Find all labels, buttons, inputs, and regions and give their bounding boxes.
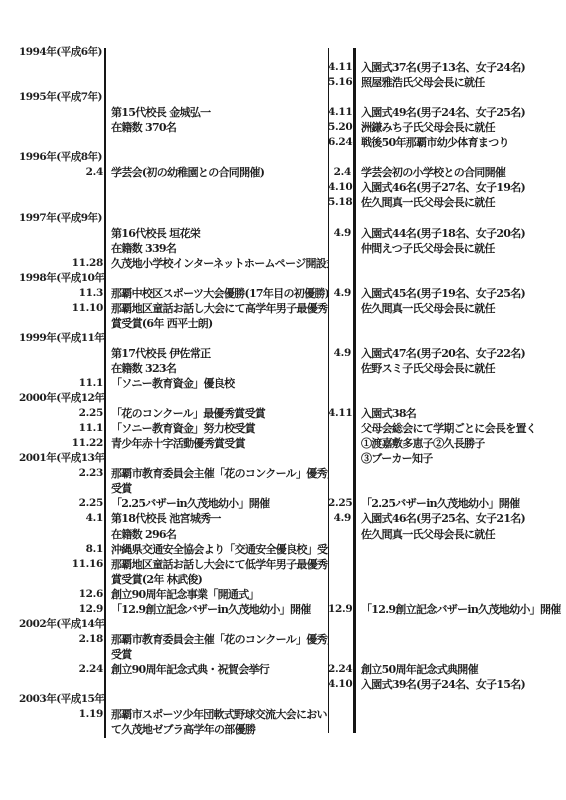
timeline-row: 2.25 「2.25バザーin久茂地幼小」開催 2.25 「2.25バザーin久… <box>0 496 566 511</box>
year-and-date-cell: 11.16 <box>0 557 105 572</box>
timeline-row: 4.10 入園式46名(男子27名、女子19名) <box>0 180 566 195</box>
right-event-cell <box>353 617 566 632</box>
right-event-cell <box>353 557 566 572</box>
right-date: 4.11 <box>328 61 352 73</box>
left-event-text: 那覇地区童話お話し大会にて低学年男子最優秀 <box>111 558 327 571</box>
right-event-text: 学芸会初の小学校との合同開催 <box>361 166 505 179</box>
timeline-row: 在籍数 339名 仲間えつ子氏父母会長に就任 <box>0 241 566 256</box>
left-event-cell: 第16代校長 垣花栄 <box>105 226 328 241</box>
year-and-date-cell <box>0 722 105 737</box>
timeline-row: 5.18 佐久間真一氏父母会長に就任 <box>0 195 566 210</box>
timeline-row: 4.11 入園式37名(男子13名、女子24名) <box>0 60 566 75</box>
right-event-cell <box>353 316 566 331</box>
right-event-cell: 入園式46名(男子27名、女子19名) <box>353 180 566 195</box>
left-event-cell: 受賞 <box>105 647 328 662</box>
left-event-cell <box>105 45 328 60</box>
year-and-date-cell: 11.10 <box>0 301 105 316</box>
left-event-cell: 創立90周年記念式典・祝賀会挙行 <box>105 662 328 677</box>
left-event-cell <box>105 90 328 105</box>
left-event-text: 受賞 <box>111 648 132 661</box>
right-event-text: 創立50周年記念式典開催 <box>361 663 478 676</box>
timeline-row: 12.6 創立90周年記念事業「開通式」 <box>0 587 566 602</box>
left-event-cell <box>105 692 328 707</box>
year-and-date-cell: 12.6 <box>0 587 105 602</box>
right-date: 12.9 <box>328 603 352 615</box>
left-event-cell <box>105 135 328 150</box>
year-and-date-cell <box>0 527 105 542</box>
timeline-row: 2000年(平成12年) <box>0 391 566 406</box>
left-event-text: 「2.25バザーin久茂地幼小」開催 <box>111 497 269 510</box>
timeline-row: 2003年(平成15年) <box>0 692 566 707</box>
right-column-divider-line <box>353 48 356 733</box>
left-event-text: 在籍数 323名 <box>111 362 176 375</box>
right-event-text: 入園式37名(男子13名、女子24名) <box>361 61 525 74</box>
right-event-cell: 佐久間真一氏父母会長に就任 <box>353 301 566 316</box>
year-and-date-cell: 2.23 <box>0 466 105 481</box>
left-event-text: て久茂地ゼブラ高学年の部優勝 <box>111 723 255 736</box>
left-column-divider-line <box>104 48 106 738</box>
right-event-cell <box>353 376 566 391</box>
right-event-cell <box>353 256 566 271</box>
right-event-cell: 照屋雅浩氏父母会長に就任 <box>353 75 566 90</box>
right-column-border-line <box>328 48 329 733</box>
year-and-date-cell: 1999年(平成11年) <box>0 331 105 346</box>
right-date: 4.9 <box>334 512 351 524</box>
right-event-cell: 仲間えつ子氏父母会長に就任 <box>353 241 566 256</box>
year-and-date-cell: 1998年(平成10年) <box>0 271 105 286</box>
timeline-row: 8.1 沖縄県交通安全協会より「交通安全優良校」受賞 <box>0 542 566 557</box>
right-date-cell <box>328 692 353 707</box>
left-event-cell: 「ソニー教育資金」優良校 <box>105 376 328 391</box>
year-label: 1997年(平成9年) <box>19 211 102 226</box>
left-date: 11.1 <box>79 376 103 391</box>
right-date-cell <box>328 481 353 496</box>
year-and-date-cell: 1997年(平成9年) <box>0 211 105 226</box>
left-event-cell: 第17代校長 伊佐常正 <box>105 346 328 361</box>
right-event-cell: 入園式46名(男子25名、女子21名) <box>353 511 566 526</box>
left-event-text: 那覇市教育委員会主催「花のコンクール」優秀賞 <box>111 633 328 646</box>
right-date-cell <box>328 722 353 737</box>
timeline-row: 5.16 照屋雅浩氏父母会長に就任 <box>0 75 566 90</box>
right-date-cell <box>328 572 353 587</box>
right-date: 5.20 <box>328 121 352 133</box>
left-event-text: 沖縄県交通安全協会より「交通安全優良校」受賞 <box>111 543 328 556</box>
left-event-text: 賞受賞(6年 西平士朗) <box>111 317 213 330</box>
left-event-text: 在籍数 296名 <box>111 528 176 541</box>
year-and-date-cell: 12.9 <box>0 602 105 617</box>
left-event-text: 第16代校長 垣花栄 <box>111 227 200 240</box>
right-date-cell: 5.18 <box>328 195 353 210</box>
right-date: 4.11 <box>328 407 352 419</box>
right-event-cell: 入園式44名(男子18名、女子20名) <box>353 226 566 241</box>
right-date: 2.24 <box>328 663 352 675</box>
right-date-cell: 4.11 <box>328 60 353 75</box>
year-label: 1994年(平成6年) <box>19 45 102 60</box>
left-event-cell <box>105 195 328 210</box>
year-and-date-cell: 4.1 <box>0 511 105 526</box>
timeline-row: 賞受賞(6年 西平士朗) <box>0 316 566 331</box>
right-date-cell <box>328 301 353 316</box>
left-event-text: 青少年赤十字活動優秀賞受賞 <box>111 437 245 450</box>
left-date: 11.3 <box>79 286 103 301</box>
right-event-cell: ③ブーカー知子 <box>353 451 566 466</box>
timeline-row: 1996年(平成8年) <box>0 150 566 165</box>
left-date: 11.28 <box>72 256 103 271</box>
right-event-cell: 洲鎌みち子氏父母会長に就任 <box>353 120 566 135</box>
timeline-row: 2.18 那覇市教育委員会主催「花のコンクール」優秀賞 <box>0 632 566 647</box>
left-event-cell: 創立90周年記念事業「開通式」 <box>105 587 328 602</box>
left-event-cell <box>105 331 328 346</box>
right-date-cell <box>328 45 353 60</box>
year-and-date-cell <box>0 647 105 662</box>
right-event-text: 佐久間真一氏父母会長に就任 <box>361 196 495 209</box>
right-date-cell: 4.9 <box>328 346 353 361</box>
left-event-text: 那覇中校区スポーツ大会優勝(17年目の初優勝) <box>111 287 328 300</box>
right-event-cell <box>353 271 566 286</box>
timeline-row: 受賞 <box>0 481 566 496</box>
right-event-cell: 「2.25バザーin久茂地幼小」開催 <box>353 496 566 511</box>
timeline-row: 在籍数 370名 5.20 洲鎌みち子氏父母会長に就任 <box>0 120 566 135</box>
left-event-cell: 在籍数 370名 <box>105 120 328 135</box>
right-event-text: 入園式44名(男子18名、女子20名) <box>361 227 525 240</box>
timeline-row: 1994年(平成6年) <box>0 45 566 60</box>
right-event-text: 父母会総会にて学期ごとに会長を置く <box>361 422 536 435</box>
right-date-cell: 4.11 <box>328 105 353 120</box>
year-and-date-cell: 11.3 <box>0 286 105 301</box>
left-event-cell <box>105 180 328 195</box>
left-event-cell: 沖縄県交通安全協会より「交通安全優良校」受賞 <box>105 542 328 557</box>
left-date: 8.1 <box>86 542 103 557</box>
timeline-row: 1.19 那覇市スポーツ少年団軟式野球交流大会におい <box>0 707 566 722</box>
right-event-text: 入園式49名(男子24名、女子25名) <box>361 106 525 119</box>
right-event-cell: 父母会総会にて学期ごとに会長を置く <box>353 421 566 436</box>
left-event-cell <box>105 391 328 406</box>
left-event-cell <box>105 60 328 75</box>
left-date: 2.18 <box>79 632 103 647</box>
right-date-cell <box>328 271 353 286</box>
year-and-date-cell <box>0 195 105 210</box>
left-event-cell: 青少年赤十字活動優秀賞受賞 <box>105 436 328 451</box>
right-event-text: 入園式47名(男子20名、女子22名) <box>361 347 525 360</box>
right-event-text: 入園式46名(男子25名、女子21名) <box>361 512 525 525</box>
left-event-cell: 「2.25バザーin久茂地幼小」開催 <box>105 496 328 511</box>
right-event-text: 仲間えつ子氏父母会長に就任 <box>361 242 495 255</box>
right-event-cell: 「12.9創立記念バザーin久茂地幼小」開催 <box>353 602 566 617</box>
timeline-row: 11.10 那覇地区童話お話し大会にて高学年男子最優秀 佐久間真一氏父母会長に就… <box>0 301 566 316</box>
left-event-cell: 学芸会(初の幼稚園との合同開催) <box>105 165 328 180</box>
year-and-date-cell: 2002年(平成14年) <box>0 617 105 632</box>
timeline-row: 12.9 「12.9創立記念バザーin久茂地幼小」開催 12.9 「12.9創立… <box>0 602 566 617</box>
right-date: 4.9 <box>334 347 351 359</box>
right-date-cell: 4.10 <box>328 180 353 195</box>
left-event-cell: 賞受賞(2年 林武俊) <box>105 572 328 587</box>
right-event-cell: 戦後50年那覇市幼少体育まつり <box>353 135 566 150</box>
year-and-date-cell <box>0 60 105 75</box>
timeline-row: 第16代校長 垣花栄 4.9 入園式44名(男子18名、女子20名) <box>0 226 566 241</box>
right-date-cell <box>328 331 353 346</box>
timeline-row: 4.1 第18代校長 池宮城秀一 4.9 入園式46名(男子25名、女子21名) <box>0 511 566 526</box>
left-event-cell: 第18代校長 池宮城秀一 <box>105 511 328 526</box>
left-event-text: 創立90周年記念式典・祝賀会挙行 <box>111 663 269 676</box>
right-date-cell <box>328 617 353 632</box>
year-and-date-cell: 1996年(平成8年) <box>0 150 105 165</box>
left-event-cell: 在籍数 323名 <box>105 361 328 376</box>
right-date: 2.25 <box>328 497 352 509</box>
right-event-cell: 入園式38名 <box>353 406 566 421</box>
right-event-text: 佐久間真一氏父母会長に就任 <box>361 528 495 541</box>
right-date-cell <box>328 436 353 451</box>
right-date-cell <box>328 421 353 436</box>
right-date-cell <box>328 557 353 572</box>
right-date-cell: 4.9 <box>328 511 353 526</box>
right-event-cell <box>353 647 566 662</box>
left-date: 1.19 <box>79 707 103 722</box>
timeline-row: 1995年(平成7年) <box>0 90 566 105</box>
left-event-text: 「ソニー教育資金」優良校 <box>111 377 234 390</box>
year-and-date-cell: 1994年(平成6年) <box>0 45 105 60</box>
timeline-row: 在籍数 296名 佐久間真一氏父母会長に就任 <box>0 527 566 542</box>
right-date: 4.9 <box>334 227 351 239</box>
timeline-row: 2002年(平成14年) <box>0 617 566 632</box>
left-event-cell <box>105 211 328 226</box>
left-date: 2.25 <box>79 406 103 421</box>
timeline-row: 6.24 戦後50年那覇市幼少体育まつり <box>0 135 566 150</box>
year-label: 1996年(平成8年) <box>19 150 102 165</box>
year-label: 2000年(平成12年) <box>19 391 105 406</box>
year-and-date-cell <box>0 180 105 195</box>
right-event-cell: 佐野スミ子氏父母会長に就任 <box>353 361 566 376</box>
left-event-text: 在籍数 339名 <box>111 242 176 255</box>
year-and-date-cell <box>0 105 105 120</box>
right-event-cell <box>353 722 566 737</box>
left-event-cell: 「12.9創立記念バザーin久茂地幼小」開催 <box>105 602 328 617</box>
right-event-cell <box>353 466 566 481</box>
timeline-row: 1998年(平成10年) <box>0 271 566 286</box>
timeline-row: 1999年(平成11年) <box>0 331 566 346</box>
year-and-date-cell <box>0 135 105 150</box>
right-date-cell: 4.10 <box>328 677 353 692</box>
left-date: 11.1 <box>79 421 103 436</box>
year-and-date-cell <box>0 241 105 256</box>
right-date-cell: 12.9 <box>328 602 353 617</box>
year-and-date-cell: 1995年(平成7年) <box>0 90 105 105</box>
timeline-row: 4.10 入園式39名(男子24名、女子15名) <box>0 677 566 692</box>
year-and-date-cell <box>0 120 105 135</box>
left-event-text: 創立90周年記念事業「開通式」 <box>111 588 259 601</box>
timeline-row: 11.22 青少年赤十字活動優秀賞受賞 ①渡嘉敷多恵子②久長勝子 <box>0 436 566 451</box>
timeline-row: 11.1 「ソニー教育資金」優良校 <box>0 376 566 391</box>
left-event-cell: 賞受賞(6年 西平士朗) <box>105 316 328 331</box>
left-event-text: 第15代校長 金城弘一 <box>111 106 210 119</box>
left-date: 11.16 <box>72 557 103 572</box>
year-and-date-cell <box>0 226 105 241</box>
scanned-chronology-page: 1994年(平成6年) 4.11 <box>0 0 566 800</box>
year-and-date-cell: 2.4 <box>0 165 105 180</box>
right-event-cell <box>353 45 566 60</box>
right-event-text: 「2.25バザーin久茂地幼小」開催 <box>361 497 519 510</box>
right-date-cell <box>328 256 353 271</box>
left-event-cell: 那覇地区童話お話し大会にて低学年男子最優秀 <box>105 557 328 572</box>
left-date: 2.4 <box>86 165 103 180</box>
year-and-date-cell <box>0 361 105 376</box>
timeline-row: 受賞 <box>0 647 566 662</box>
right-event-text: 洲鎌みち子氏父母会長に就任 <box>361 121 495 134</box>
right-date-cell <box>328 241 353 256</box>
left-event-text: 久茂地小学校インターネットホームページ開設式 <box>111 257 328 270</box>
year-and-date-cell: 11.22 <box>0 436 105 451</box>
left-event-cell: 那覇中校区スポーツ大会優勝(17年目の初優勝) <box>105 286 328 301</box>
year-and-date-cell: 8.1 <box>0 542 105 557</box>
right-event-cell: 創立50周年記念式典開催 <box>353 662 566 677</box>
left-event-text: 在籍数 370名 <box>111 121 176 134</box>
right-event-cell <box>353 150 566 165</box>
right-date-cell <box>328 211 353 226</box>
right-event-text: 佐野スミ子氏父母会長に就任 <box>361 362 495 375</box>
year-and-date-cell: 2.25 <box>0 406 105 421</box>
right-date-cell <box>328 376 353 391</box>
right-date: 4.10 <box>328 678 352 690</box>
left-event-cell: 那覇市教育委員会主催「花のコンクール」優秀賞 <box>105 466 328 481</box>
timeline-row: 2.25 「花のコンクール」最優秀賞受賞 4.11 入園式38名 <box>0 406 566 421</box>
right-event-cell: 入園式37名(男子13名、女子24名) <box>353 60 566 75</box>
left-event-cell <box>105 451 328 466</box>
right-event-text: ①渡嘉敷多恵子②久長勝子 <box>361 437 485 450</box>
left-event-cell: 那覇地区童話お話し大会にて高学年男子最優秀 <box>105 301 328 316</box>
right-event-text: 「12.9創立記念バザーin久茂地幼小」開催 <box>361 603 561 616</box>
year-and-date-cell <box>0 346 105 361</box>
right-date-cell <box>328 391 353 406</box>
right-date-cell: 6.24 <box>328 135 353 150</box>
left-date: 4.1 <box>86 511 103 526</box>
year-and-date-cell <box>0 75 105 90</box>
timeline-rows: 1994年(平成6年) 4.11 <box>0 45 566 737</box>
timeline-row: 賞受賞(2年 林武俊) <box>0 572 566 587</box>
right-date: 4.11 <box>328 106 352 118</box>
timeline-row: 2.24 創立90周年記念式典・祝賀会挙行 2.24 創立50周年記念式典開催 <box>0 662 566 677</box>
right-event-text: 入園式45名(男子19名、女子25名) <box>361 287 525 300</box>
left-event-text: 「花のコンクール」最優秀賞受賞 <box>111 407 265 420</box>
left-event-cell: 那覇市スポーツ少年団軟式野球交流大会におい <box>105 707 328 722</box>
right-date-cell <box>328 90 353 105</box>
right-event-cell <box>353 90 566 105</box>
right-date-cell <box>328 542 353 557</box>
year-and-date-cell: 2.25 <box>0 496 105 511</box>
right-date-cell: 2.4 <box>328 165 353 180</box>
timeline-row: 2.4 学芸会(初の幼稚園との合同開催) 2.4 学芸会初の小学校との合同開催 <box>0 165 566 180</box>
year-and-date-cell: 1.19 <box>0 707 105 722</box>
right-date-cell <box>328 632 353 647</box>
year-and-date-cell: 2.18 <box>0 632 105 647</box>
left-event-cell: 「花のコンクール」最優秀賞受賞 <box>105 406 328 421</box>
left-event-cell: 「ソニー教育資金」努力校受賞 <box>105 421 328 436</box>
year-and-date-cell: 11.1 <box>0 376 105 391</box>
right-date-cell <box>328 527 353 542</box>
right-date-cell: 5.16 <box>328 75 353 90</box>
left-event-cell: 在籍数 339名 <box>105 241 328 256</box>
left-event-cell <box>105 75 328 90</box>
year-and-date-cell <box>0 572 105 587</box>
left-event-text: 受賞 <box>111 482 132 495</box>
year-and-date-cell: 11.1 <box>0 421 105 436</box>
right-date-cell <box>328 451 353 466</box>
right-event-cell <box>353 211 566 226</box>
year-label: 2003年(平成15年) <box>19 692 105 707</box>
year-and-date-cell: 11.28 <box>0 256 105 271</box>
right-event-cell: 入園式47名(男子20名、女子22名) <box>353 346 566 361</box>
right-event-cell: 入園式39名(男子24名、女子15名) <box>353 677 566 692</box>
left-event-cell: て久茂地ゼブラ高学年の部優勝 <box>105 722 328 737</box>
timeline-row: 1997年(平成9年) <box>0 211 566 226</box>
timeline-row: 2.23 那覇市教育委員会主催「花のコンクール」優秀賞 <box>0 466 566 481</box>
right-date: 4.10 <box>328 181 352 193</box>
left-date: 11.10 <box>72 301 103 316</box>
left-event-text: 那覇地区童話お話し大会にて高学年男子最優秀 <box>111 302 327 315</box>
left-event-text: 那覇市教育委員会主催「花のコンクール」優秀賞 <box>111 467 328 480</box>
right-event-cell: 入園式49名(男子24名、女子25名) <box>353 105 566 120</box>
year-and-date-cell: 2003年(平成15年) <box>0 692 105 707</box>
year-and-date-cell <box>0 316 105 331</box>
left-event-cell: 那覇市教育委員会主催「花のコンクール」優秀賞 <box>105 632 328 647</box>
left-date: 2.24 <box>79 662 103 677</box>
right-date: 5.18 <box>328 196 352 208</box>
right-event-text: 入園式39名(男子24名、女子15名) <box>361 678 525 691</box>
right-date: 4.9 <box>334 287 351 299</box>
year-and-date-cell: 2000年(平成12年) <box>0 391 105 406</box>
year-label: 2002年(平成14年) <box>19 617 105 632</box>
timeline-row: 11.16 那覇地区童話お話し大会にて低学年男子最優秀 <box>0 557 566 572</box>
right-event-cell <box>353 572 566 587</box>
right-date: 2.4 <box>334 166 351 178</box>
right-date-cell <box>328 316 353 331</box>
right-date-cell <box>328 361 353 376</box>
right-event-cell <box>353 707 566 722</box>
right-event-cell: 入園式45名(男子19名、女子25名) <box>353 286 566 301</box>
year-label: 2001年(平成13年) <box>19 451 105 466</box>
right-date-cell <box>328 587 353 602</box>
right-event-cell <box>353 391 566 406</box>
left-date: 2.23 <box>79 466 103 481</box>
right-date-cell: 2.24 <box>328 662 353 677</box>
right-event-text: 戦後50年那覇市幼少体育まつり <box>361 136 509 149</box>
right-date-cell: 5.20 <box>328 120 353 135</box>
timeline-row: 11.3 那覇中校区スポーツ大会優勝(17年目の初優勝) 4.9 入園式45名(… <box>0 286 566 301</box>
right-date-cell: 4.9 <box>328 286 353 301</box>
right-event-cell <box>353 632 566 647</box>
year-and-date-cell: 2001年(平成13年) <box>0 451 105 466</box>
right-event-cell <box>353 542 566 557</box>
left-date: 12.9 <box>79 602 103 617</box>
right-date-cell: 4.9 <box>328 226 353 241</box>
timeline-row: 第15代校長 金城弘一 4.11 入園式49名(男子24名、女子25名) <box>0 105 566 120</box>
left-event-text: 学芸会(初の幼稚園との合同開催) <box>111 166 264 179</box>
left-event-cell <box>105 150 328 165</box>
year-label: 1999年(平成11年) <box>19 331 105 346</box>
left-event-text: 第17代校長 伊佐常正 <box>111 347 210 360</box>
right-event-text: 照屋雅浩氏父母会長に就任 <box>361 76 485 89</box>
right-date-cell <box>328 647 353 662</box>
right-date: 5.16 <box>328 76 352 88</box>
timeline-row: 2001年(平成13年) ③ブーカー知子 <box>0 451 566 466</box>
right-event-text: 佐久間真一氏父母会長に就任 <box>361 302 495 315</box>
left-date: 12.6 <box>79 587 103 602</box>
left-event-text: 第18代校長 池宮城秀一 <box>111 512 221 525</box>
left-event-cell <box>105 617 328 632</box>
year-and-date-cell <box>0 481 105 496</box>
year-label: 1998年(平成10年) <box>19 271 105 286</box>
right-event-cell: 佐久間真一氏父母会長に就任 <box>353 527 566 542</box>
right-event-cell: 学芸会初の小学校との合同開催 <box>353 165 566 180</box>
year-label: 1995年(平成7年) <box>19 90 102 105</box>
